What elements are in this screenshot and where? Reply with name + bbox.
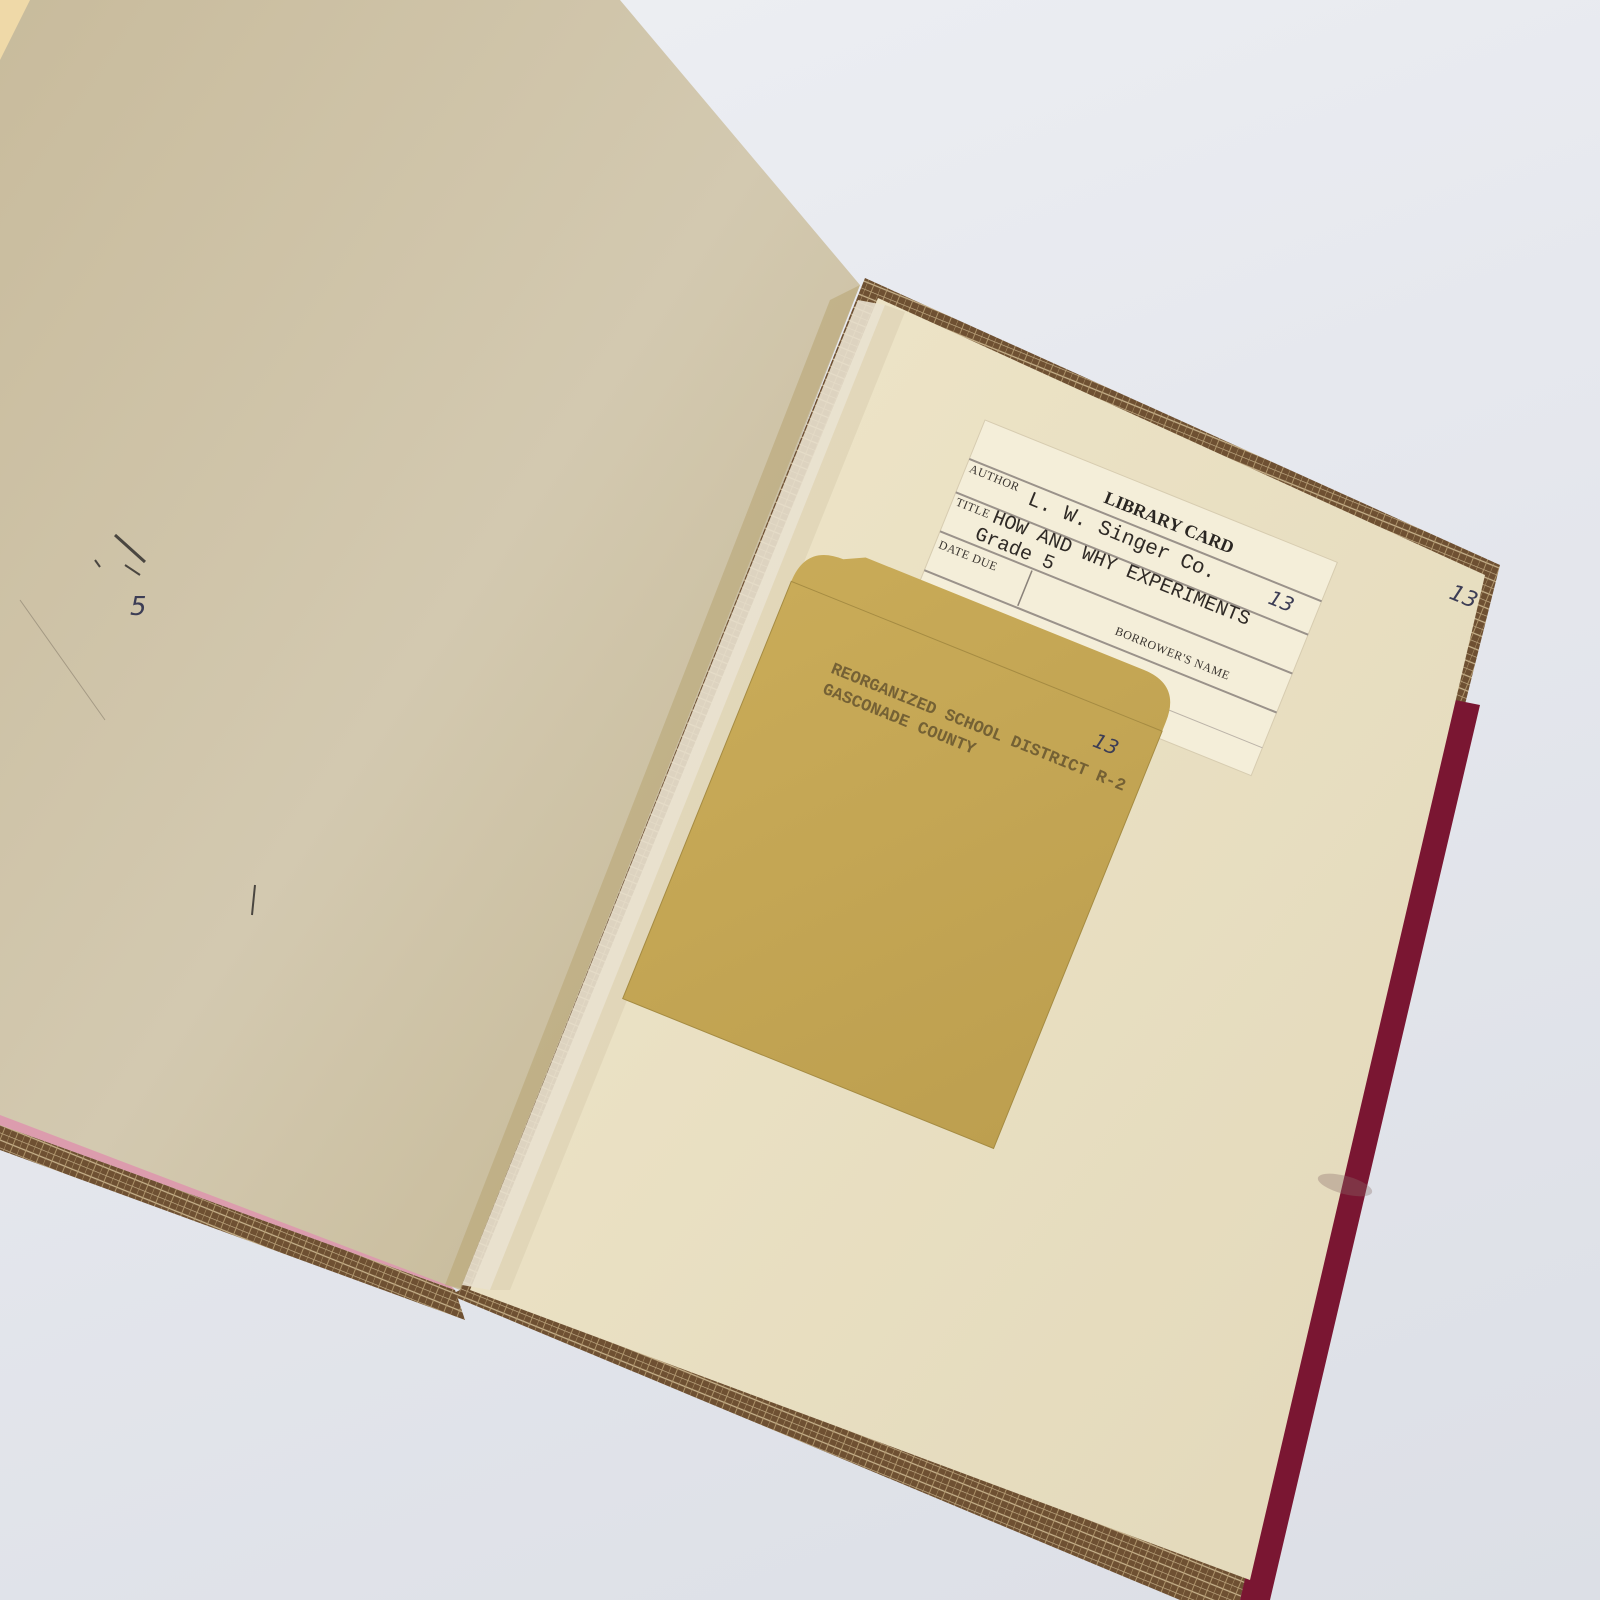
photo-scene: 5 13 LIBRARY CARD AUTHOR L. W. Si bbox=[0, 0, 1600, 1600]
pencil-mark-text: 5 bbox=[130, 592, 147, 622]
book-illustration: 5 13 LIBRARY CARD AUTHOR L. W. Si bbox=[0, 0, 1600, 1600]
